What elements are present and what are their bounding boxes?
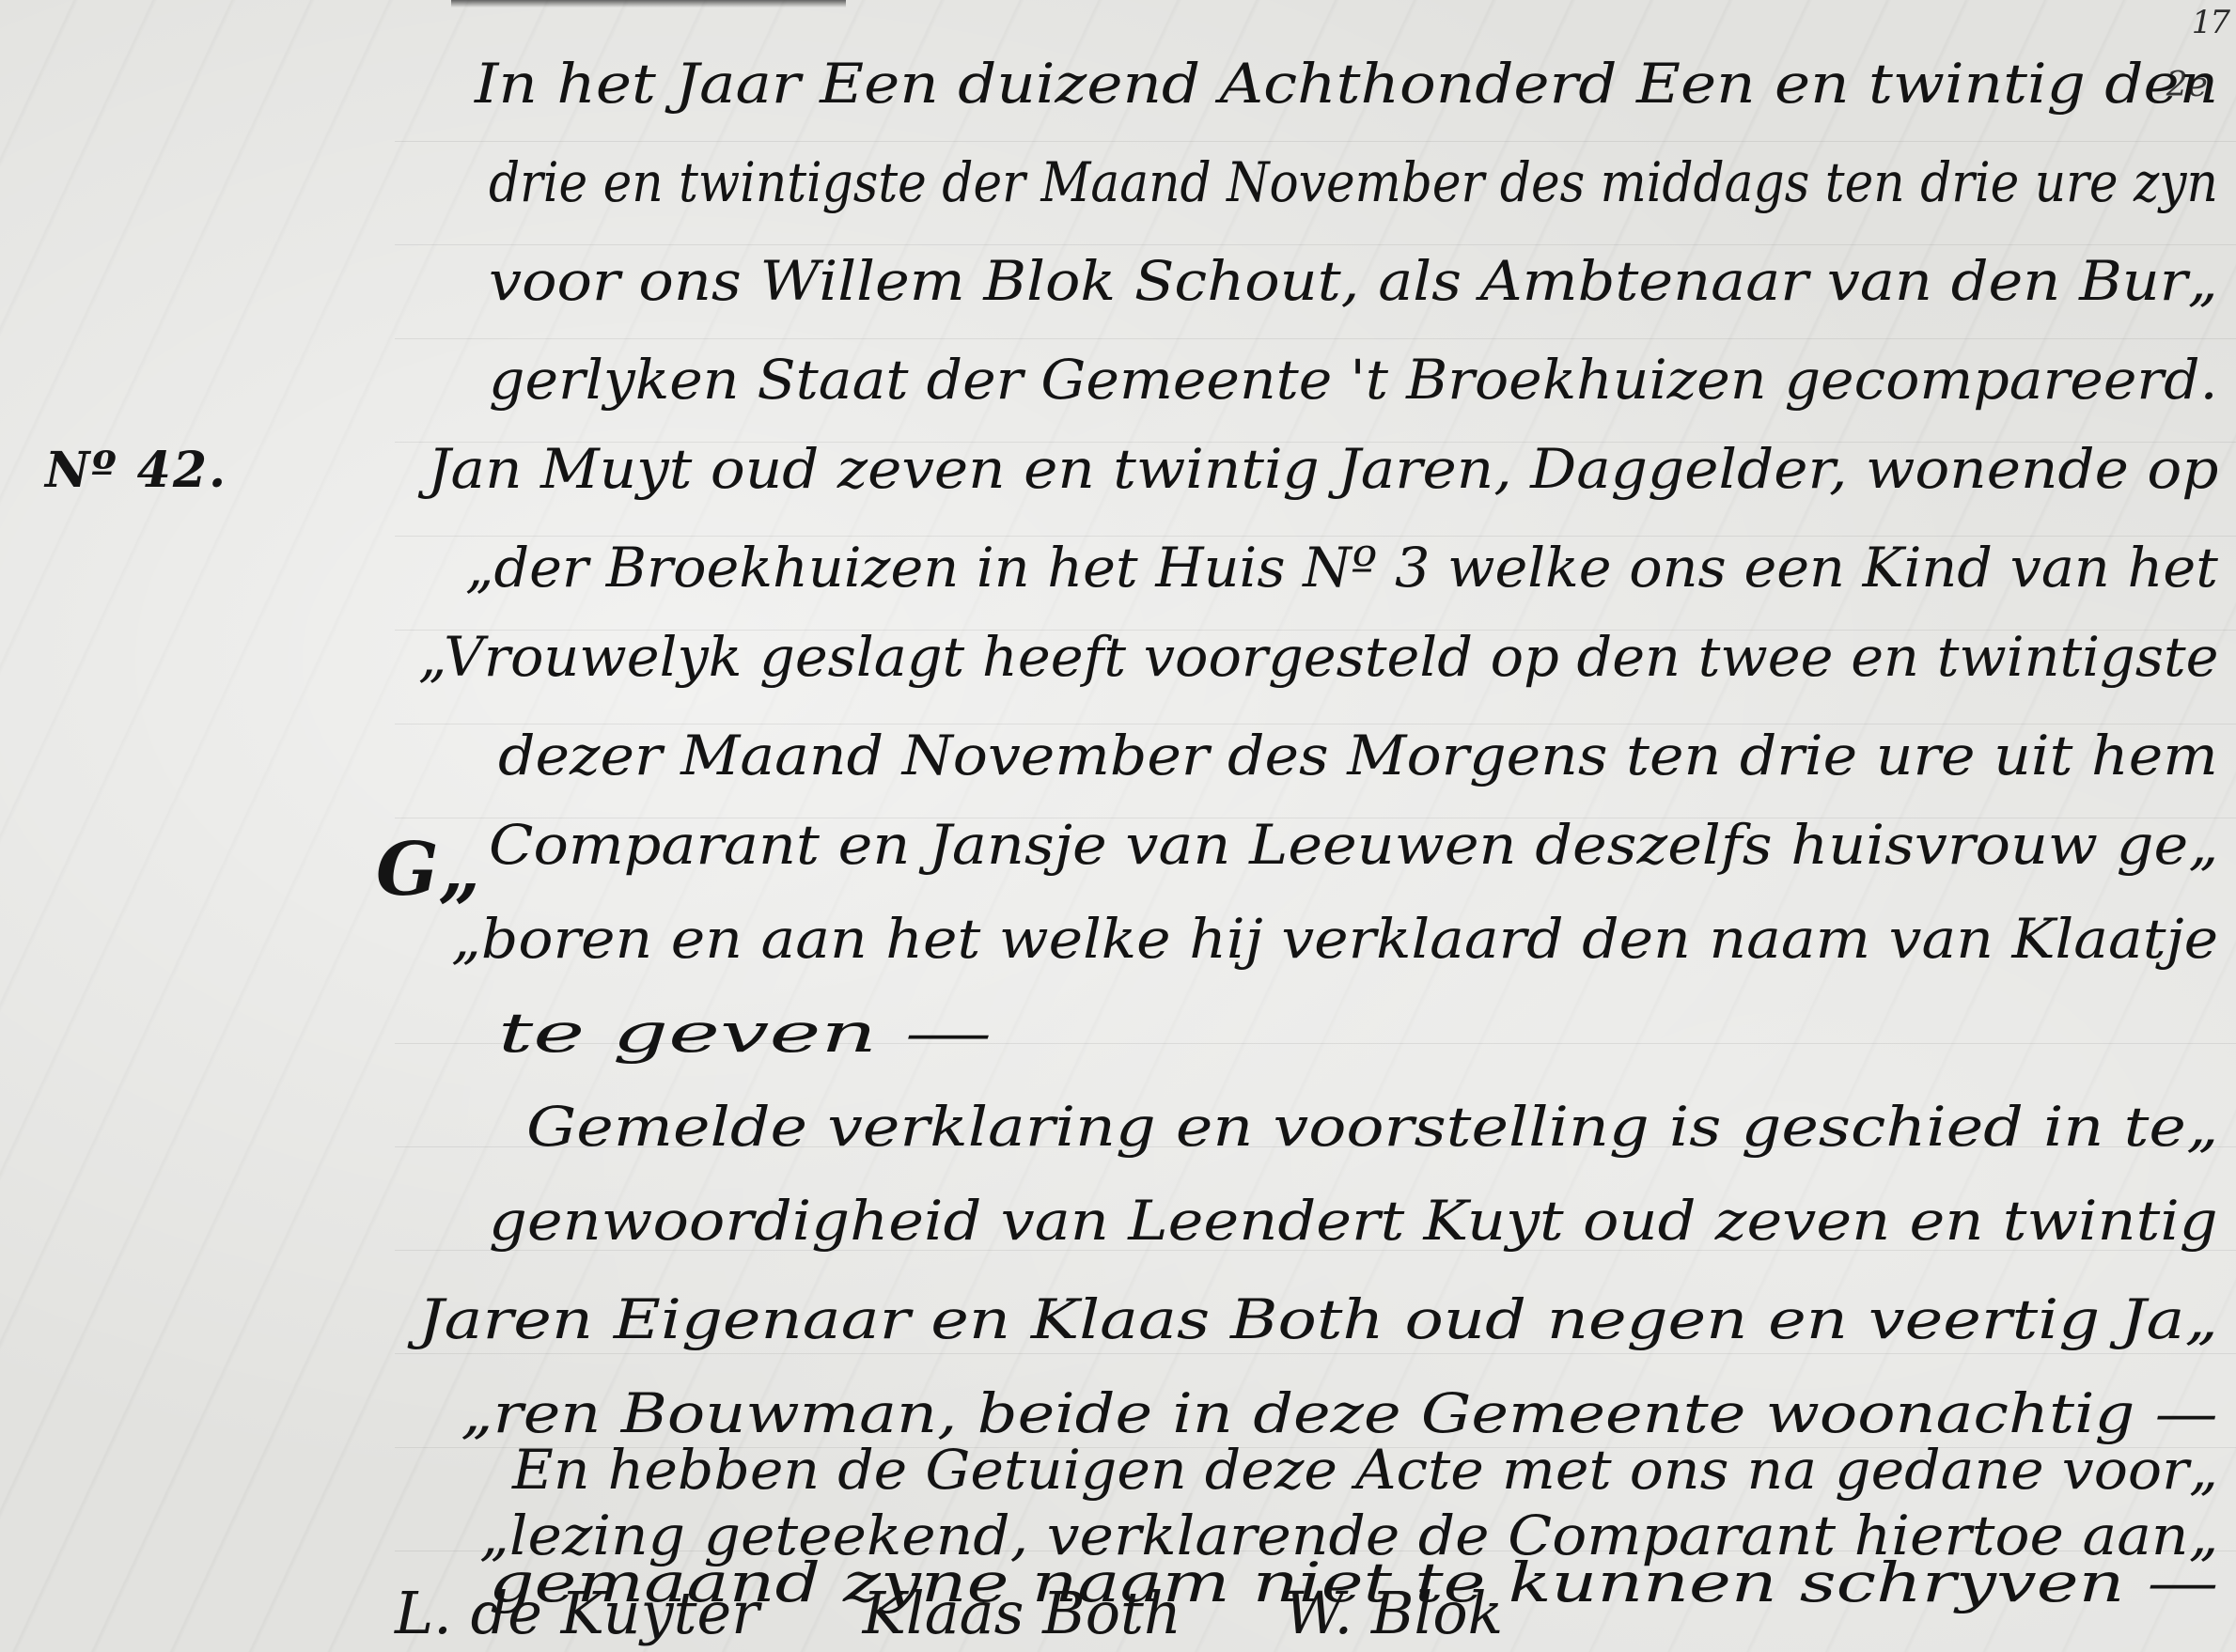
text-line-9: Comparant en Jansje van Leeuwen deszelfs… <box>489 818 2218 872</box>
text-line-2: drie en twintigste der Maand November de… <box>489 155 2218 210</box>
text-line-11: te geven — <box>498 1005 992 1060</box>
text-line-15: „ren Bouwman, beide in deze Gemeente woo… <box>461 1386 2218 1441</box>
register-page: 17 2e Nº 42. G„ In het Jaar Een duizend … <box>0 0 2236 1652</box>
ruled-line <box>395 244 2236 245</box>
folio-number: 17 <box>2192 4 2228 41</box>
text-line-13: genwoordigheid van Leendert Kuyt oud zev… <box>489 1193 2218 1248</box>
signature-klaas-both: Klaas Both <box>863 1579 1181 1647</box>
signatures-row: L. de Kuyter Klaas Both W. Blok <box>395 1579 1587 1647</box>
text-line-8: dezer Maand November des Morgens ten dri… <box>498 728 2218 783</box>
text-line-4: gerlyken Staat der Gemeente 't Broekhuiz… <box>489 352 2218 407</box>
ruled-line <box>395 338 2236 339</box>
page-edge-shadow <box>451 0 846 8</box>
margin-note: G„ <box>376 827 480 912</box>
text-line-12: Gemelde verklaring en voorstelling is ge… <box>526 1099 2218 1154</box>
entry-number: Nº 42. <box>45 442 227 499</box>
text-line-5: Jan Muyt oud zeven en twintig Jaren, Dag… <box>428 442 2218 496</box>
signature-de-kuyter: L. de Kuyter <box>395 1579 759 1647</box>
text-line-3: voor ons Willem Blok Schout, als Ambtena… <box>489 254 2218 308</box>
text-line-6: „der Broekhuizen in het Huis Nº 3 welke … <box>465 540 2218 595</box>
ruled-line <box>395 141 2236 142</box>
text-line-14: Jaren Eigenaar en Klaas Both oud negen e… <box>418 1292 2218 1347</box>
text-line-7: „Vrouwelyk geslagt heeft voorgesteld op … <box>418 630 2218 684</box>
signature-w-blok: W. Blok <box>1285 1579 1504 1647</box>
ruled-line <box>395 1353 2236 1354</box>
text-line-16: En hebben de Getuigen deze Acte met ons … <box>512 1442 2218 1497</box>
text-line-1: In het Jaar Een duizend Achthonderd Een … <box>475 56 2218 111</box>
text-line-10: „boren en aan het welke hij verklaard de… <box>451 912 2218 966</box>
